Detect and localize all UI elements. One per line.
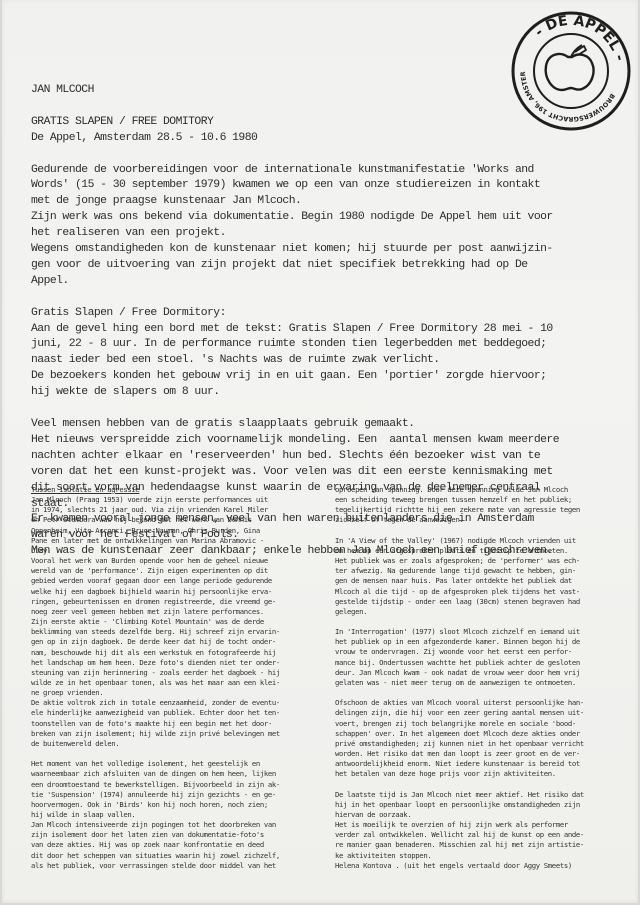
text-line: oproepen van spanning. Door deze spannin…	[335, 485, 627, 495]
text-line: welke hij een dagboek bijhield waarin hi…	[31, 587, 323, 597]
text-line: ke aktiviteiten stoppen.	[335, 851, 627, 861]
text-line: het landschap om hem heen. Deze foto's d…	[31, 658, 323, 668]
text-line: om hem op een afgesproken plaats en tijd…	[335, 546, 627, 556]
text-line: In 'Interrogation' (1977) sloot Mlcoch z…	[335, 627, 627, 637]
text-line: hij wekte de slapers om 8 uur.	[31, 385, 601, 401]
text-line: re manier gaan benaderen. Misschien zal …	[335, 840, 627, 850]
text-line: breken van zijn isolement; hij wilde zij…	[31, 729, 323, 739]
essay-right-column: oproepen van spanning. Door deze spannin…	[335, 485, 627, 871]
text-line: beklimming van steeds dezelfde berg. Hij…	[31, 627, 323, 637]
text-line: Oppenheim, Vito Acconci, Bruce Nauman, C…	[31, 526, 323, 536]
text-line: Zijn eerste aktie - 'Climbing Kotel Moun…	[31, 617, 323, 627]
text-line: In 'A View of the Valley' (1967) nodigde…	[335, 536, 627, 546]
text-line: zijn isolement door het laten zien van d…	[31, 830, 323, 840]
text-line: Mlcoch al die tijd - op de afgesproken p…	[335, 587, 627, 597]
essay-paragraph: Ofschoon de akties van Mlcoch vooral uit…	[335, 698, 627, 779]
text-line: privé omstandigheden; zij kunnen niet in…	[335, 739, 627, 749]
text-line: een droomtoestand te bewerkstelligen. Bi…	[31, 780, 323, 790]
text-line: hij wilde in slaap vallen.	[31, 810, 323, 820]
text-line: juni, 22 - 8 uur. In de performance ruim…	[31, 337, 601, 353]
text-line: vrouw te ondervragen. Zij woonde voor he…	[335, 647, 627, 657]
text-line: schappen' over. In het algemeen doet Mlc…	[335, 729, 627, 739]
text-line: gelaten was - niet meer terug om de aanw…	[335, 678, 627, 688]
text-line: Veel mensen hebben van de gratis slaappl…	[31, 417, 601, 433]
text-line: tegelijkertijd richtte hij een zekere ma…	[335, 505, 627, 515]
text-line: mance bij. Ondertussen wachtte het publi…	[335, 658, 627, 668]
text-line: wilde ze in het openbaar tonen, als was …	[31, 678, 323, 688]
essay-heading: Tussen isolatie en agressie	[31, 485, 323, 495]
text-line: als het publiek, voor verrassingen steld…	[31, 861, 323, 871]
text-line: worden. Het risiko dat men dan loopt is …	[335, 749, 627, 759]
text-line: het betalen van deze hoge prijs voor zij…	[335, 769, 627, 779]
text-line: en Petr Stembera was hij bekend met het …	[31, 515, 323, 525]
text-line: voren dat het een kunst-projekt was. Voo…	[31, 465, 601, 481]
text-line: Zijn werk was ons bekend via dokumentati…	[31, 210, 601, 226]
intro-paragraph: Gedurende de voorbereidingen voor de int…	[31, 163, 601, 290]
text-line: met de jonge praagse kunstenaar Jan Mlco…	[31, 194, 601, 210]
text-line: gelegen.	[335, 607, 627, 617]
essay-paragraph: In 'A View of the Valley' (1967) nodigde…	[335, 536, 627, 617]
text-line: ter afwezig. Na gedurende lange tijd gew…	[335, 566, 627, 576]
text-line: Helena Kontova . (uit het engels vertaal…	[335, 861, 627, 871]
essay-left-column: Tussen isolatie en agressie Jan Mlcoch (…	[31, 485, 323, 871]
text-line: Ulay.	[31, 546, 323, 556]
text-line: toonstellen van de foto's maakte hij een…	[31, 719, 323, 729]
text-line: Aan de gevel hing een bord met de tekst:…	[31, 322, 601, 338]
text-line: deur. Jan Mlcoch kwam - ook nadat de vro…	[335, 668, 627, 678]
essay-paragraph: Jan Mlcoch (Praag 1953) voerde zijn eers…	[31, 495, 323, 749]
text-line: hij in het openbaar loopt en persoonlijk…	[335, 800, 627, 810]
text-line: waarneembaar zich afsluiten van de dinge…	[31, 769, 323, 779]
text-line: hiervan de oorzaak.	[335, 810, 627, 820]
text-line: noeg zeer veel gemeen hebben met zijn la…	[31, 607, 323, 617]
text-line: in 1974, slechts 21 jaar oud. Via zijn v…	[31, 505, 323, 515]
text-line: gestelde tijdstip - onder een laag (30cm…	[335, 597, 627, 607]
description-paragraph: Gratis Slapen / Free Dormitory:Aan de ge…	[31, 306, 601, 401]
text-line: van deze akties. Hij was op zoek naar ko…	[31, 840, 323, 850]
text-line: antwoordelijkheid enorm. Niet iedere kun…	[335, 759, 627, 769]
text-line: Vooral het werk van Burden opende voor h…	[31, 556, 323, 566]
text-line: het realiseren van een projekt.	[31, 226, 601, 242]
text-line: Het moment van het volledige isolement, …	[31, 759, 323, 769]
text-line: de buitenwereld delen.	[31, 739, 323, 749]
text-line: gen op in zijn dagboek. De derde keer da…	[31, 637, 323, 647]
text-line: Pane en later met de ontwikkelingen van …	[31, 536, 323, 546]
text-line: dit door het scheppen van situaties waar…	[31, 851, 323, 861]
project-title: GRATIS SLAPEN / FREE DOMITORY	[31, 115, 601, 131]
text-line: ne groep vrienden.	[31, 688, 323, 698]
text-line: delingen zijn, die hij voor een zeer ger…	[335, 708, 627, 718]
text-line: De aktie voltrok zich in totale eenzaamh…	[31, 698, 323, 708]
text-line: Wegens omstandigheden kon de kunstenaar …	[31, 242, 601, 258]
essay-paragraph: Het moment van het volledige isolement, …	[31, 759, 323, 871]
text-line: De bezoekers konden het gebouw vrij in e…	[31, 369, 601, 385]
text-line: voert, brengen zij toch belangrijke more…	[335, 719, 627, 729]
text-line: Het nieuws verspreidde zich voornamelijk…	[31, 433, 601, 449]
essay-paragraph: oproepen van spanning. Door deze spannin…	[335, 485, 627, 526]
text-line: Gratis Slapen / Free Dormitory:	[31, 306, 601, 322]
text-line: verder zal ontwikkelen. Wellicht zal hij…	[335, 830, 627, 840]
text-line: ele hinderlijke aanwezigheid van publiek…	[31, 708, 323, 718]
text-line: zichzelf of tegen de aanwezigen.	[335, 515, 627, 525]
text-line: het publiek op in een afgezonderde kamer…	[335, 637, 627, 647]
essay-paragraph: De laatste tijd is Jan Mlcoch niet meer …	[335, 790, 627, 871]
text-line: Gedurende de voorbereidingen voor de int…	[31, 163, 601, 179]
text-line: Het publiek was er zoals afgesproken; de…	[335, 556, 627, 566]
text-line: ringen, gebeurtenissen en dromen registr…	[31, 597, 323, 607]
document-page: - DE APPEL - BROUWERSGRACHT 196, AMSTERD…	[2, 0, 638, 903]
text-line: tie 'Suspension' (1974) annuleerde hij z…	[31, 790, 323, 800]
text-line: Words' (15 - 30 september 1979) kwamen w…	[31, 178, 601, 194]
text-line: De laatste tijd is Jan Mlcoch niet meer …	[335, 790, 627, 800]
text-line: Jan Mlcoch (Praag 1953) voerde zijn eers…	[31, 495, 323, 505]
text-line: gen de mensen naar huis. Pas later ontde…	[335, 576, 627, 586]
venue-dates: De Appel, Amsterdam 28.5 - 10.6 1980	[31, 131, 601, 147]
text-line: steuning van zijn herinnering - zoals ee…	[31, 668, 323, 678]
text-line: nachten achter elkaar en 'reserveerden' …	[31, 449, 601, 465]
text-line: Het is moeilijk te overzien of hij zijn …	[335, 820, 627, 830]
text-line: een scheiding teweeg brengen tussen hemz…	[335, 495, 627, 505]
artist-name: JAN MLCOCH	[31, 83, 601, 99]
text-line: naast ieder bed een stoel. 's Nachts was…	[31, 353, 601, 369]
text-line: Appel.	[31, 274, 601, 290]
text-line: wereld van de 'performance'. Zijn eigen …	[31, 566, 323, 576]
text-line: gen voor de uitvoering van zijn projekt …	[31, 258, 601, 274]
text-line: nam, beschouwde hij dit als een werkstuk…	[31, 648, 323, 658]
text-line: hoorvermogen. Ook in 'Birds' kon hij noc…	[31, 800, 323, 810]
text-line: gebied werden vooraf gegaan door een lan…	[31, 576, 323, 586]
text-line: Ofschoon de akties van Mlcoch vooral uit…	[335, 698, 627, 708]
essay-paragraph: In 'Interrogation' (1977) sloot Mlcoch z…	[335, 627, 627, 688]
text-line: Jan Mlcoch intensiveerde zijn pogingen t…	[31, 820, 323, 830]
